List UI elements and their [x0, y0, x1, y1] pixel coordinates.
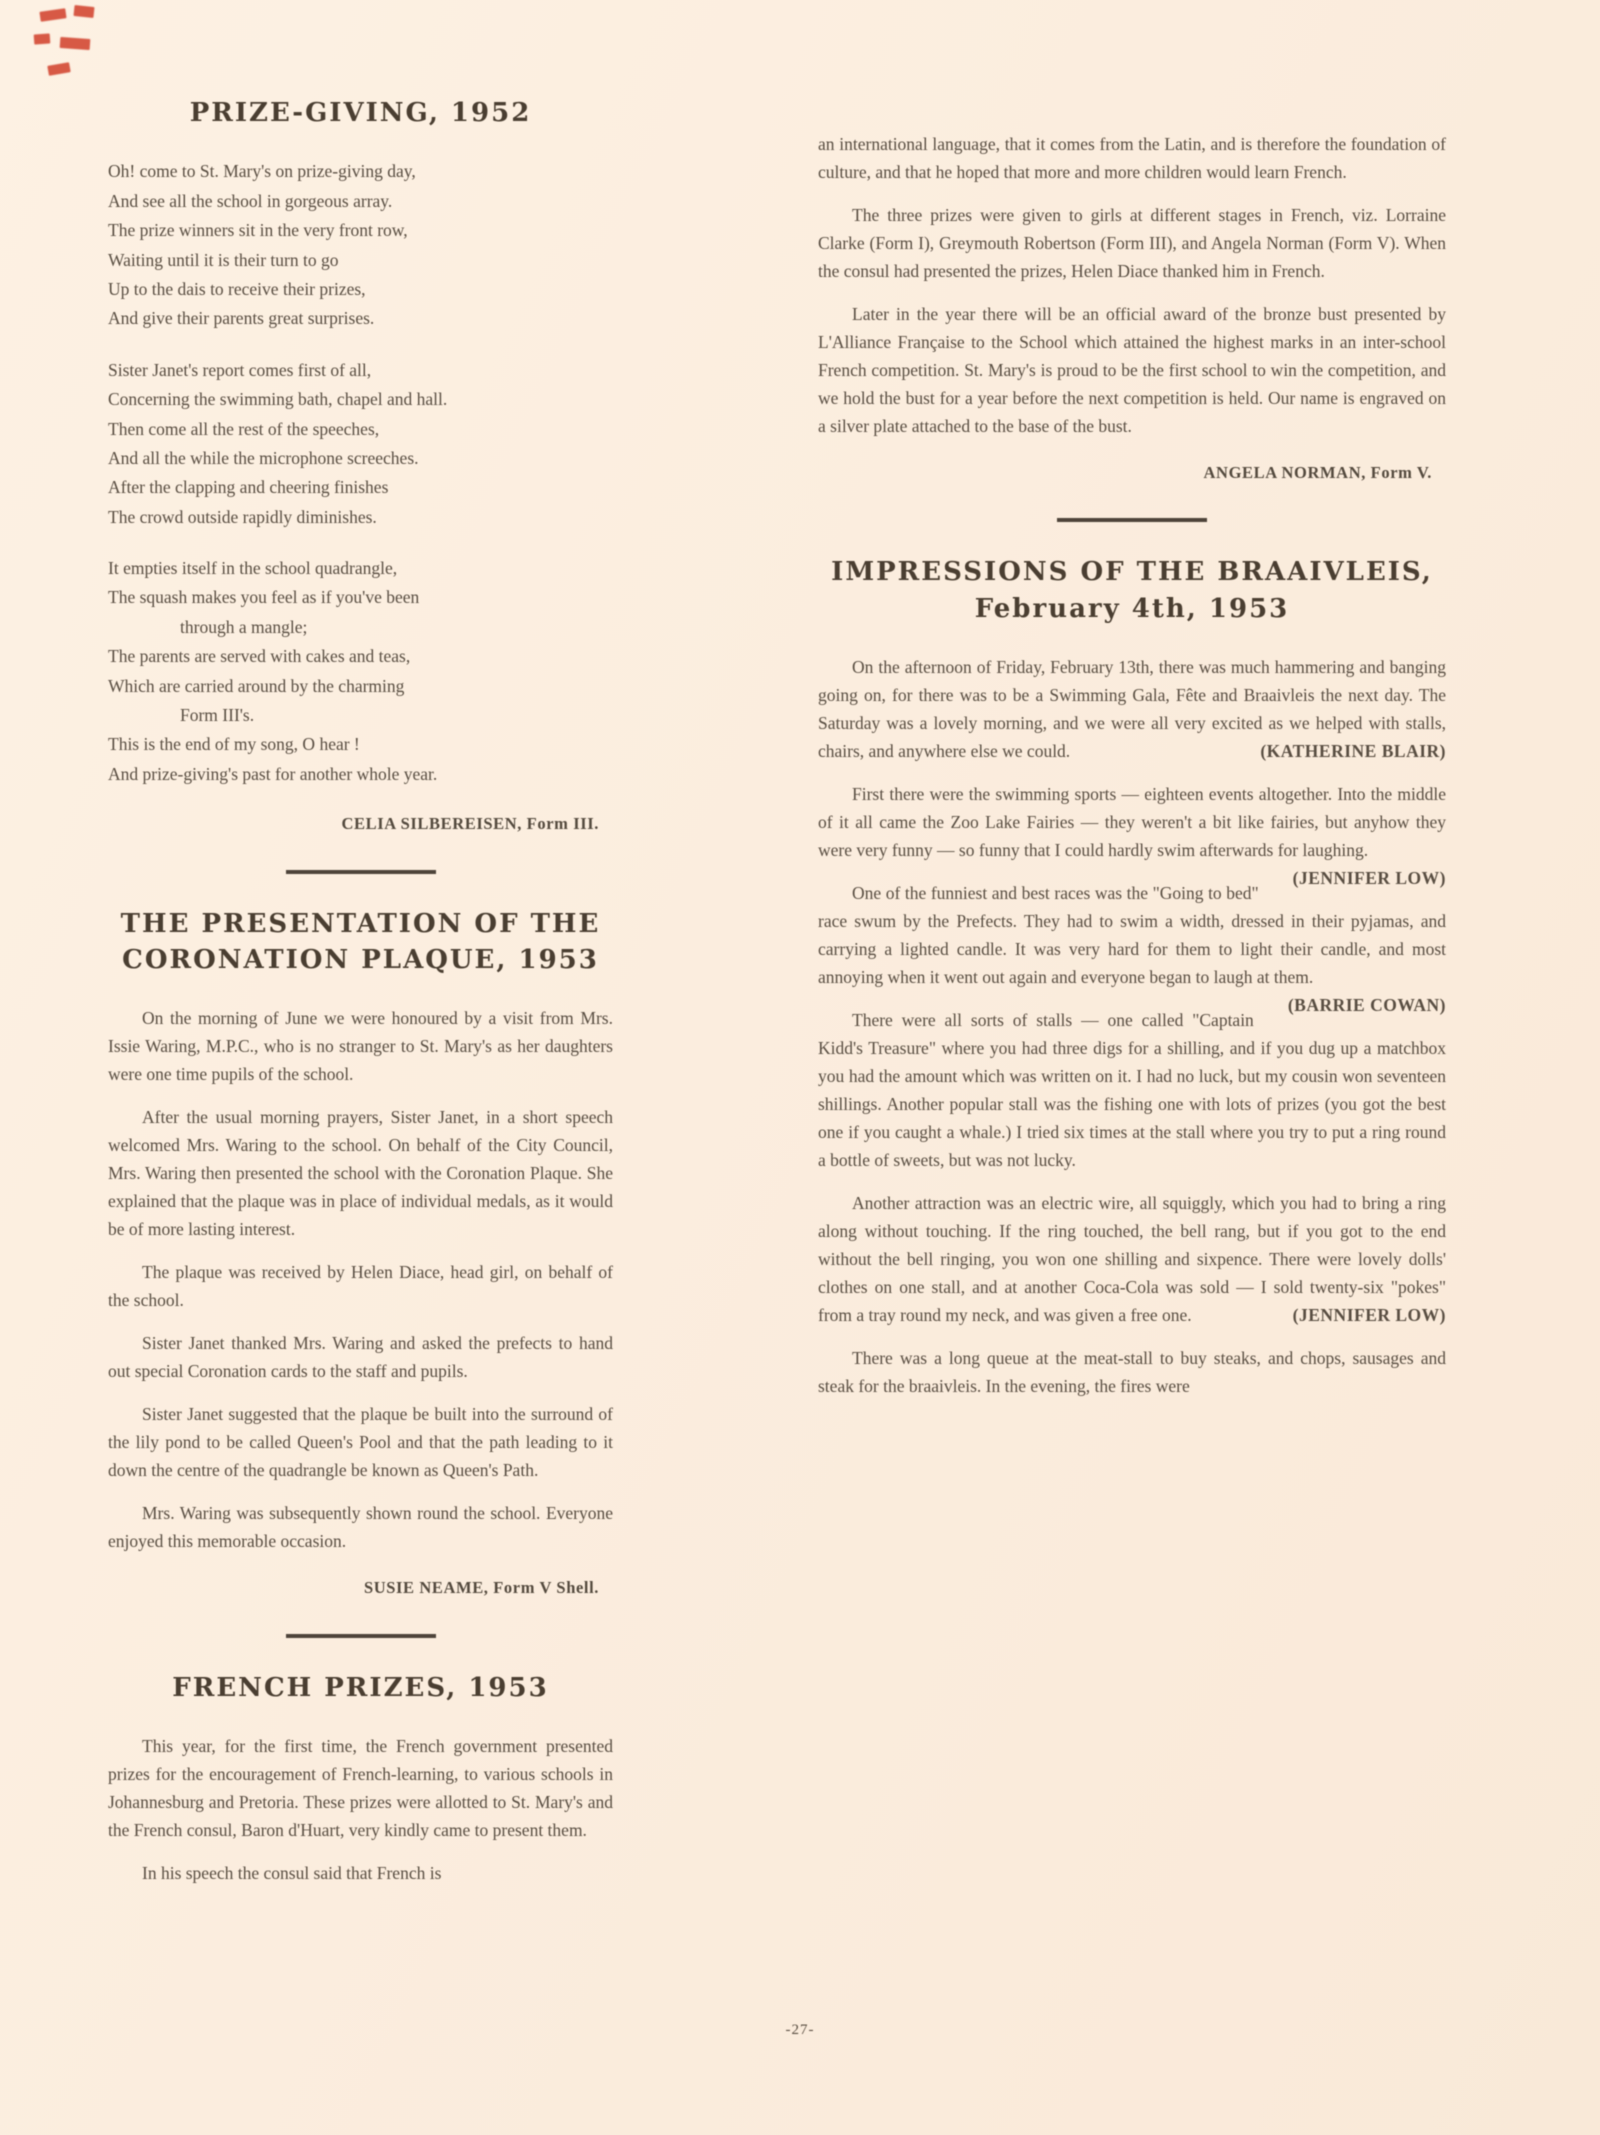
- poem-line: Form III's.: [108, 701, 613, 730]
- title-line: THE PRESENTATION OF THE: [108, 906, 613, 942]
- byline-angela-norman: ANGELA NORMAN, Form V.: [818, 460, 1432, 486]
- title-line: IMPRESSIONS OF THE BRAAIVLEIS,: [818, 554, 1446, 590]
- paragraph: Sister Janet thanked Mrs. Waring and ask…: [108, 1329, 613, 1385]
- article-title-prize-giving: PRIZE-GIVING, 1952: [108, 95, 613, 131]
- poem-line: After the clapping and cheering finishes: [108, 473, 613, 502]
- poem-line: Which are carried around by the charming: [108, 672, 613, 701]
- section-divider: [1057, 518, 1207, 522]
- title-line: CORONATION PLAQUE, 1953: [108, 942, 613, 978]
- page-number: -27-: [0, 2022, 1600, 2039]
- article-title-coronation-plaque: THE PRESENTATION OF THE CORONATION PLAQU…: [108, 906, 613, 979]
- paragraph-with-credit: First there were the swimming sports — e…: [818, 780, 1446, 864]
- byline-celia-silbereisen: CELIA SILBEREISEN, Form III.: [108, 811, 599, 837]
- paragraph-with-credit: Another attraction was an electric wire,…: [818, 1189, 1446, 1329]
- poem-line: This is the end of my song, O hear !: [108, 730, 613, 759]
- paragraph: On the morning of June we were honoured …: [108, 1004, 613, 1088]
- poem-line: The prize winners sit in the very front …: [108, 216, 613, 245]
- credit-jennifer-low-2: (JENNIFER LOW): [1259, 1301, 1446, 1329]
- paragraph: The plaque was received by Helen Diace, …: [108, 1258, 613, 1314]
- poem-line: And prize-giving's past for another whol…: [108, 760, 613, 789]
- article-title-french-prizes: FRENCH PRIZES, 1953: [108, 1670, 613, 1706]
- credit-barrie-cowan: (BARRIE COWAN): [1254, 991, 1446, 1019]
- paragraph-with-credit: On the afternoon of Friday, February 13t…: [818, 653, 1446, 765]
- paragraph-with-credit: There was a long queue at the meat-stall…: [818, 1344, 1446, 1400]
- poem-stanza-2: Sister Janet's report comes first of all…: [108, 356, 613, 532]
- paragraph-text: One of the funniest and best races was t…: [818, 883, 1446, 987]
- poem-stanza-1: Oh! come to St. Mary's on prize-giving d…: [108, 157, 613, 333]
- poem-line: Sister Janet's report comes first of all…: [108, 356, 613, 385]
- left-column: PRIZE-GIVING, 1952 Oh! come to St. Mary'…: [108, 95, 613, 1902]
- poem-line: And all the while the microphone screech…: [108, 444, 613, 473]
- poem-line: The squash makes you feel as if you've b…: [108, 583, 613, 612]
- poem-line: The parents are served with cakes and te…: [108, 642, 613, 671]
- paragraph: The three prizes were given to girls at …: [818, 201, 1446, 285]
- paragraph: Sister Janet suggested that the plaque b…: [108, 1400, 613, 1484]
- title-line: February 4th, 1953: [818, 591, 1446, 627]
- right-column: an international language, that it comes…: [818, 130, 1446, 1415]
- poem-line: And see all the school in gorgeous array…: [108, 187, 613, 216]
- paragraph: Mrs. Waring was subsequently shown round…: [108, 1499, 613, 1555]
- credit-jennifer-low: (JENNIFER LOW): [1259, 864, 1446, 892]
- paragraph-text: There was a long queue at the meat-stall…: [818, 1348, 1446, 1396]
- section-divider: [286, 1634, 436, 1638]
- article-title-braaivleis: IMPRESSIONS OF THE BRAAIVLEIS, February …: [818, 554, 1446, 627]
- poem-line: Concerning the swimming bath, chapel and…: [108, 385, 613, 414]
- poem-line: The crowd outside rapidly diminishes.: [108, 503, 613, 532]
- poem-line: It empties itself in the school quadrang…: [108, 554, 613, 583]
- scanned-page: PRIZE-GIVING, 1952 Oh! come to St. Mary'…: [0, 0, 1600, 2135]
- paragraph: This year, for the first time, the Frenc…: [108, 1732, 613, 1844]
- paragraph-text: First there were the swimming sports — e…: [818, 784, 1446, 860]
- section-divider: [286, 870, 436, 874]
- paragraph-with-credit: There were all sorts of stalls — one cal…: [818, 1006, 1446, 1174]
- poem-stanza-3: It empties itself in the school quadrang…: [108, 554, 613, 789]
- paragraph: After the usual morning prayers, Sister …: [108, 1103, 613, 1243]
- paragraph: In his speech the consul said that Frenc…: [108, 1859, 613, 1887]
- byline-susie-neame: SUSIE NEAME, Form V Shell.: [108, 1575, 599, 1601]
- paragraph-with-credit: One of the funniest and best races was t…: [818, 879, 1446, 991]
- poem-line: Up to the dais to receive their prizes,: [108, 275, 613, 304]
- paragraph-continuation: an international language, that it comes…: [818, 130, 1446, 186]
- poem-line: Waiting until it is their turn to go: [108, 246, 613, 275]
- paragraph: Later in the year there will be an offic…: [818, 300, 1446, 440]
- poem-line: Oh! come to St. Mary's on prize-giving d…: [108, 157, 613, 186]
- poem-line: And give their parents great surprises.: [108, 304, 613, 333]
- poem-line: Then come all the rest of the speeches,: [108, 415, 613, 444]
- paragraph-text: There were all sorts of stalls — one cal…: [818, 1010, 1446, 1170]
- credit-katherine-blair: (KATHERINE BLAIR): [1226, 737, 1446, 765]
- poem-line: through a mangle;: [108, 613, 613, 642]
